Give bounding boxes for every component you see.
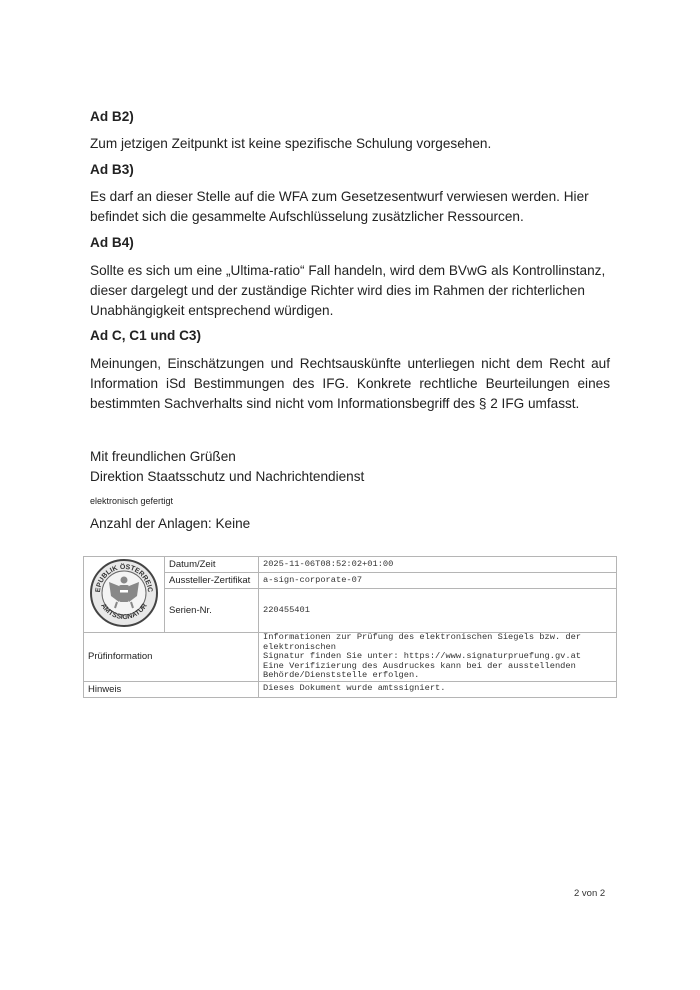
austrian-eagle-seal-icon: REPUBLIK ÖSTERREICH AMTSSIGNATUR	[89, 558, 159, 628]
page-number: 2 von 2	[574, 888, 605, 899]
signature-block: REPUBLIK ÖSTERREICH AMTSSIGNATUR Da	[83, 556, 617, 698]
attachments-count: Anzahl der Anlagen: Keine	[90, 514, 610, 534]
section-body-c: Meinungen, Einschätzungen und Rechtsausk…	[90, 354, 610, 414]
note-label: Hinweis	[84, 681, 259, 697]
verification-label-text: Prüfinformation	[88, 651, 152, 662]
section-body-b2: Zum jetzigen Zeitpunkt ist keine spezifi…	[90, 134, 610, 154]
datetime-value: 2025-11-06T08:52:02+01:00	[259, 557, 617, 573]
datetime-label: Datum/Zeit	[165, 557, 259, 573]
section-heading-b3: Ad B3)	[90, 160, 610, 180]
section-heading-c: Ad C, C1 und C3)	[90, 326, 610, 346]
verification-label: Prüfinformation	[84, 633, 259, 682]
document-page: Ad B2) Zum jetzigen Zeitpunkt ist keine …	[0, 0, 700, 990]
closing-greeting: Mit freundlichen Grüßen	[90, 447, 610, 467]
closing-sender: Direktion Staatsschutz und Nachrichtendi…	[90, 467, 610, 487]
note-value: Dieses Dokument wurde amtssigniert.	[259, 681, 617, 697]
verification-line: Behörde/Dienststelle erfolgen.	[263, 671, 612, 681]
section-body-b3: Es darf an dieser Stelle auf die WFA zum…	[90, 187, 610, 227]
verification-value: Informationen zur Prüfung des elektronis…	[259, 633, 617, 682]
note-label-text: Hinweis	[88, 684, 121, 695]
seal-cell: REPUBLIK ÖSTERREICH AMTSSIGNATUR	[84, 557, 165, 633]
section-heading-b4: Ad B4)	[90, 233, 610, 253]
verification-line: Informationen zur Prüfung des elektronis…	[263, 633, 612, 652]
certificate-value: a-sign-corporate-07	[259, 573, 617, 589]
section-body-b4: Sollte es sich um eine „Ultima-ratio“ Fa…	[90, 261, 610, 321]
serial-value: 220455401	[259, 589, 617, 633]
serial-label: Serien-Nr.	[165, 589, 259, 633]
section-heading-b2: Ad B2)	[90, 107, 610, 127]
signed-note: elektronisch gefertigt	[90, 495, 610, 507]
certificate-label: Aussteller-Zertifikat	[165, 573, 259, 589]
